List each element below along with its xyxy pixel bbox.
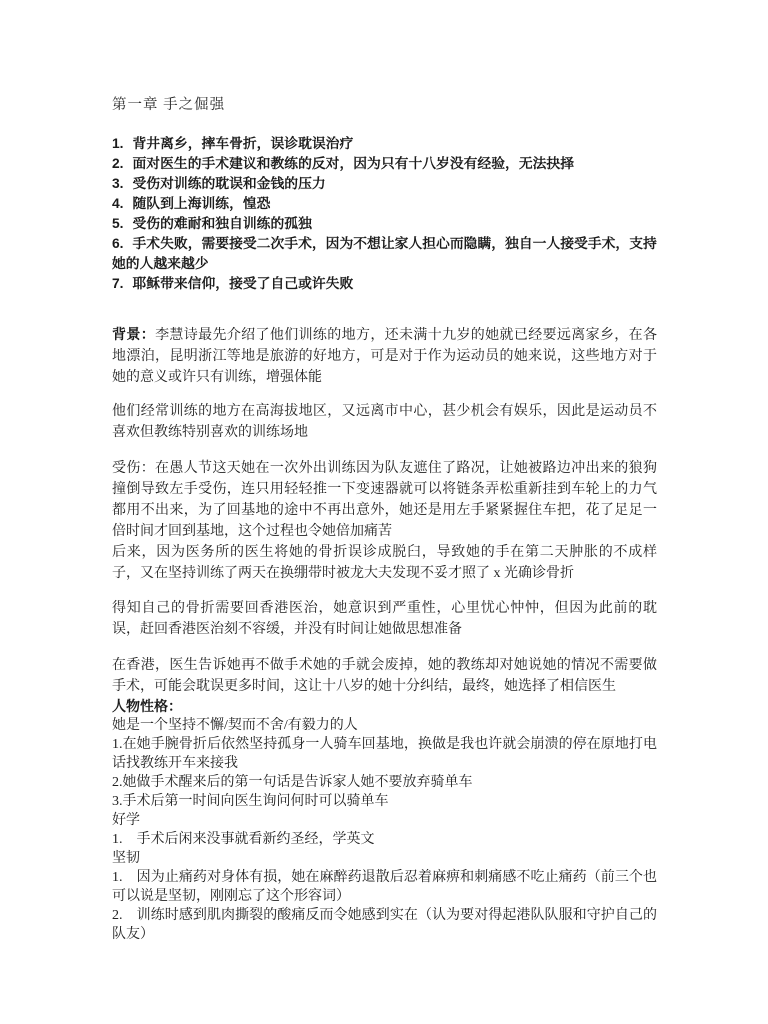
summary-item-number: 1. bbox=[112, 136, 124, 151]
diagnosis-paragraph: 得知自己的骨折需要回香港医治，她意识到严重性，心里忧心忡忡，但因为此前的耽误，赶… bbox=[112, 598, 657, 640]
summary-item-6: 6.手术失败，需要接受二次手术，因为不想让家人担心而隐瞒，独自一人接受手术，支持… bbox=[112, 234, 657, 274]
injury-paragraph: 受伤：在愚人节这天她在一次外出训练因为队友遮住了路况，让她被路边冲出来的狼狗撞倒… bbox=[112, 458, 657, 542]
personality-section: 人物性格： 她是一个坚持不懈/契而不舍/有毅力的人 1.在她手腕骨折后依然坚持孤… bbox=[112, 697, 657, 944]
background-paragraph: 背景：李慧诗最先介绍了他们训练的地方，还未满十九岁的她就已经要远离家乡，在各地漂… bbox=[112, 324, 657, 388]
personality-line-1: 她是一个坚持不懈/契而不舍/有毅力的人 bbox=[112, 716, 657, 735]
personality-line-3: 2.她做手术醒来后的第一句话是告诉家人她不要放弃骑单车 bbox=[112, 773, 657, 792]
injury-followup-paragraph: 后来，因为医务所的医生将她的骨折误诊成脱臼，导致她的手在第二天肿胀的不成样子，又… bbox=[112, 542, 657, 584]
summary-item-text: 耶稣带来信仰，接受了自己或许失败 bbox=[133, 276, 354, 291]
summary-item-4: 4.随队到上海训练，惶恐 bbox=[112, 194, 657, 214]
summary-item-text: 受伤的难耐和独自训练的孤独 bbox=[133, 216, 312, 231]
background-label: 背景： bbox=[112, 326, 155, 342]
summary-item-number: 7. bbox=[112, 276, 124, 291]
chapter-summary-list: 1.背井离乡，摔车骨折，误诊耽误治疗 2.面对医生的手术建议和教练的反对，因为只… bbox=[112, 134, 657, 294]
personality-line-7: 坚韧 bbox=[112, 849, 657, 868]
summary-item-number: 5. bbox=[112, 216, 124, 231]
background-text: 李慧诗最先介绍了他们训练的地方，还未满十九岁的她就已经要远离家乡，在各地漂泊，昆… bbox=[112, 328, 657, 385]
personality-line-4: 3.手术后第一时间向医生询问何时可以骑单车 bbox=[112, 792, 657, 811]
decision-paragraph: 在香港，医生告诉她再不做手术她的手就会废掉，她的教练却对她说她的情况不需要做手术… bbox=[112, 655, 657, 697]
personality-header: 人物性格： bbox=[112, 697, 657, 716]
summary-item-1: 1.背井离乡，摔车骨折，误诊耽误治疗 bbox=[112, 134, 657, 154]
personality-line-6: 1. 手术后闲来没事就看新约圣经，学英文 bbox=[112, 830, 657, 849]
personality-line-8: 1. 因为止痛药对身体有损，她在麻醉药退散后忍着麻痹和刺痛感不吃止痛药（前三个也… bbox=[112, 868, 657, 906]
document-page: 第一章 手之倔强 1.背井离乡，摔车骨折，误诊耽误治疗 2.面对医生的手术建议和… bbox=[0, 0, 768, 1024]
personality-line-9: 2. 训练时感到肌肉撕裂的酸痛反而令她感到实在（认为要对得起港队队服和守护自己的… bbox=[112, 906, 657, 944]
summary-item-text: 随队到上海训练，惶恐 bbox=[133, 196, 271, 211]
summary-item-text: 手术失败，需要接受二次手术，因为不想让家人担心而隐瞒，独自一人接受手术，支持她的… bbox=[112, 236, 657, 271]
summary-item-number: 4. bbox=[112, 196, 124, 211]
personality-line-2: 1.在她手腕骨折后依然坚持孤身一人骑车回基地，换做是我也许就会崩溃的停在原地打电… bbox=[112, 735, 657, 773]
summary-item-text: 面对医生的手术建议和教练的反对，因为只有十八岁没有经验，无法抉择 bbox=[133, 156, 575, 171]
summary-item-number: 2. bbox=[112, 156, 124, 171]
summary-item-number: 6. bbox=[112, 236, 124, 251]
summary-item-3: 3.受伤对训练的耽误和金钱的压力 bbox=[112, 174, 657, 194]
summary-item-text: 受伤对训练的耽误和金钱的压力 bbox=[133, 176, 326, 191]
summary-item-number: 3. bbox=[112, 176, 124, 191]
training-place-paragraph: 他们经常训练的地方在高海拔地区，又远离市中心，甚少机会有娱乐，因此是运动员不喜欢… bbox=[112, 401, 657, 443]
summary-item-5: 5.受伤的难耐和独自训练的孤独 bbox=[112, 214, 657, 234]
summary-item-text: 背井离乡，摔车骨折，误诊耽误治疗 bbox=[133, 136, 354, 151]
chapter-title: 第一章 手之倔强 bbox=[112, 95, 657, 116]
summary-item-7: 7.耶稣带来信仰，接受了自己或许失败 bbox=[112, 274, 657, 294]
injury-block: 受伤：在愚人节这天她在一次外出训练因为队友遮住了路况，让她被路边冲出来的狼狗撞倒… bbox=[112, 458, 657, 584]
personality-line-5: 好学 bbox=[112, 811, 657, 830]
summary-item-2: 2.面对医生的手术建议和教练的反对，因为只有十八岁没有经验，无法抉择 bbox=[112, 154, 657, 174]
